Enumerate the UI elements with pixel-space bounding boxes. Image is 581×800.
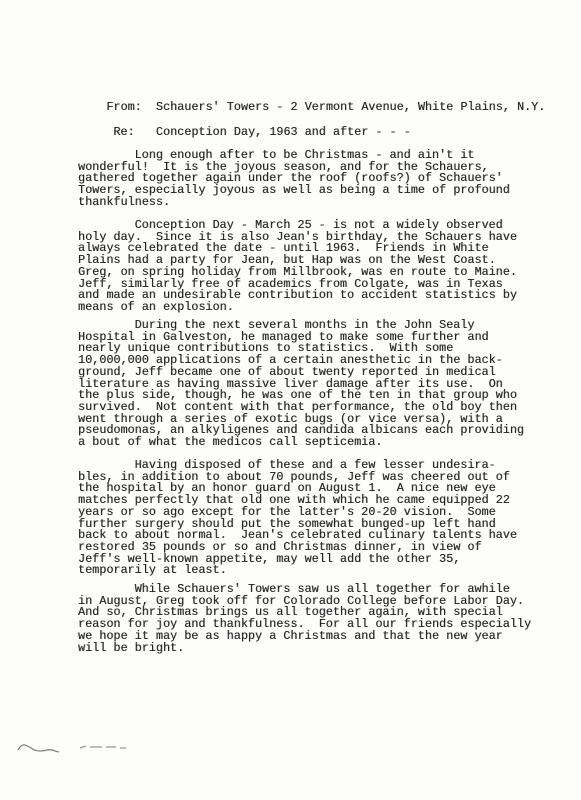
letter-sheet: From:Schauers' Towers - 2 Vermont Avenue… xyxy=(0,0,581,800)
re-line: Re:Conception Day, 1963 and after - - - xyxy=(78,115,411,150)
paragraph-hospital: During the next several months in the Jo… xyxy=(78,320,524,449)
re-subject: Conception Day, 1963 and after - - - xyxy=(156,125,411,139)
paragraph-recovery: Having disposed of these and a few lesse… xyxy=(78,460,517,577)
pencil-scribble-icon xyxy=(6,738,146,760)
from-address: Schauers' Towers - 2 Vermont Avenue, Whi… xyxy=(156,100,545,114)
re-label: Re: xyxy=(113,127,156,139)
paragraph-conception-day: Conception Day - March 25 - is not a wid… xyxy=(78,220,517,314)
paragraph-closing: While Schauers' Towers saw us all togeth… xyxy=(78,584,531,654)
from-label: From: xyxy=(106,102,156,114)
paragraph-christmas-greeting: Long enough after to be Christmas - and … xyxy=(78,150,510,209)
